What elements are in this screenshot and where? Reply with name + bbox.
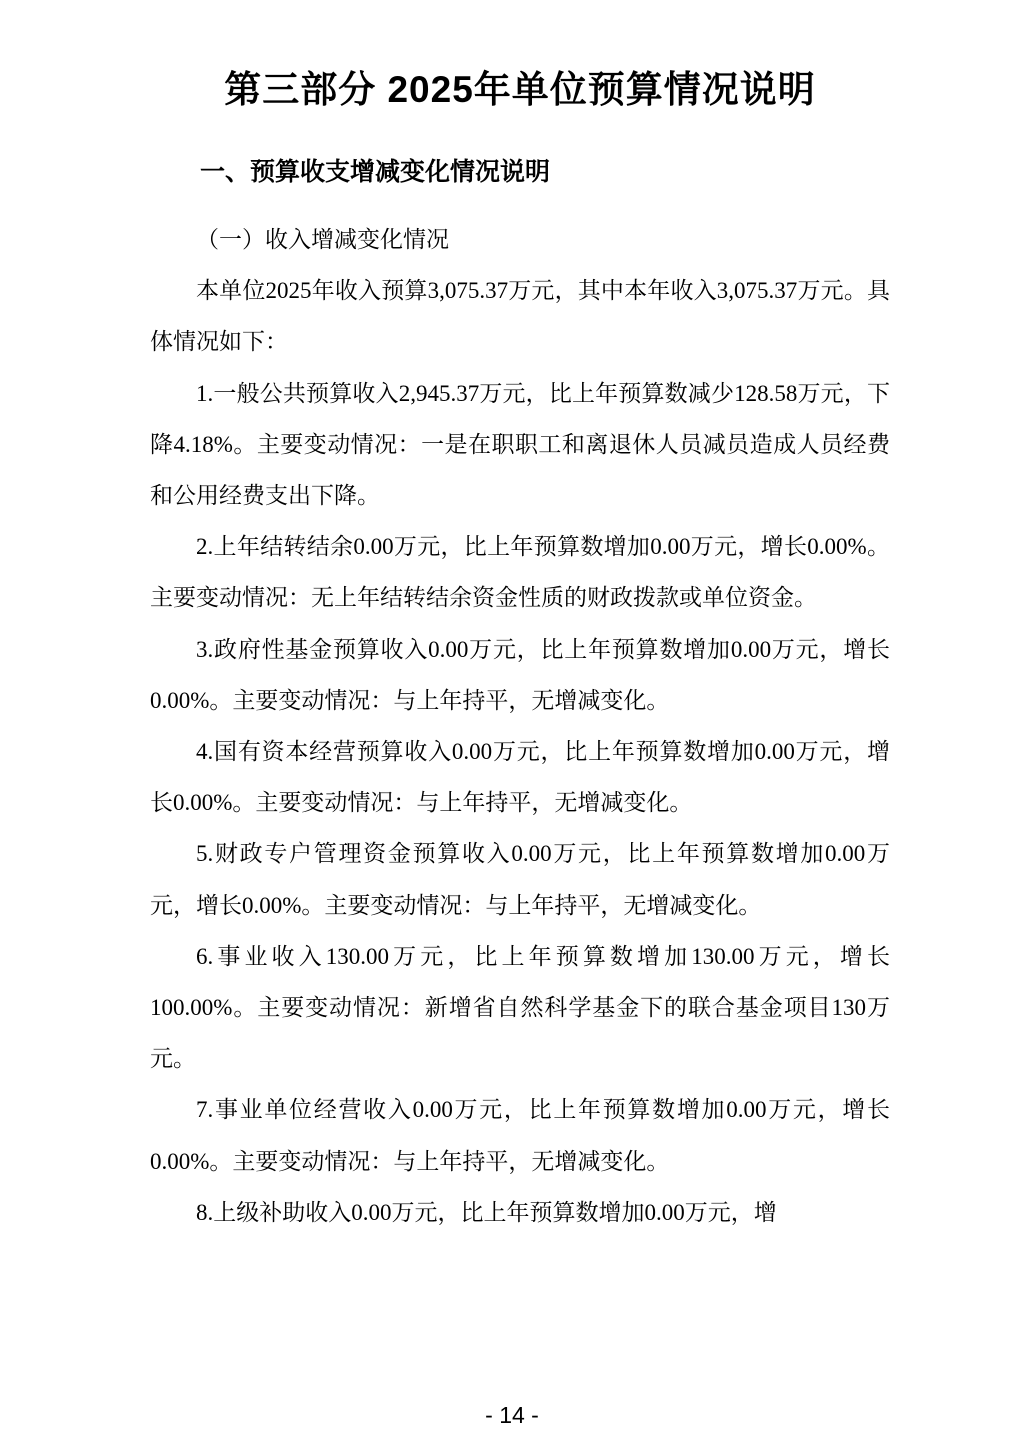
paragraph-item-3: 3.政府性基金预算收入0.00万元，比上年预算数增加0.00万元，增长0.00%… [150, 624, 890, 726]
paragraph-item-6: 6.事业收入130.00万元，比上年预算数增加130.00万元，增长100.00… [150, 931, 890, 1085]
subsection-heading: （一）收入增减变化情况 [150, 214, 890, 265]
paragraph-item-2: 2.上年结转结余0.00万元，比上年预算数增加0.00万元，增长0.00%。主要… [150, 521, 890, 623]
document-body: （一）收入增减变化情况 本单位2025年收入预算3,075.37万元，其中本年收… [150, 214, 890, 1238]
paragraph-item-8: 8.上级补助收入0.00万元，比上年预算数增加0.00万元，增 [150, 1187, 890, 1238]
paragraph-item-7: 7.事业单位经营收入0.00万元，比上年预算数增加0.00万元，增长0.00%。… [150, 1084, 890, 1186]
document-page: 第三部分 2025年单位预算情况说明 一、预算收支增减变化情况说明 （一）收入增… [0, 0, 1024, 1448]
page-title: 第三部分 2025年单位预算情况说明 [150, 66, 890, 114]
paragraph-item-1: 1.一般公共预算收入2,945.37万元，比上年预算数减少128.58万元，下降… [150, 368, 890, 522]
page-number: - 14 - [0, 1402, 1024, 1428]
paragraph-item-5: 5.财政专户管理资金预算收入0.00万元，比上年预算数增加0.00万元，增长0.… [150, 828, 890, 930]
section-heading: 一、预算收支增减变化情况说明 [150, 154, 890, 190]
paragraph-income-summary: 本单位2025年收入预算3,075.37万元，其中本年收入3,075.37万元。… [150, 265, 890, 367]
paragraph-item-4: 4.国有资本经营预算收入0.00万元，比上年预算数增加0.00万元，增长0.00… [150, 726, 890, 828]
